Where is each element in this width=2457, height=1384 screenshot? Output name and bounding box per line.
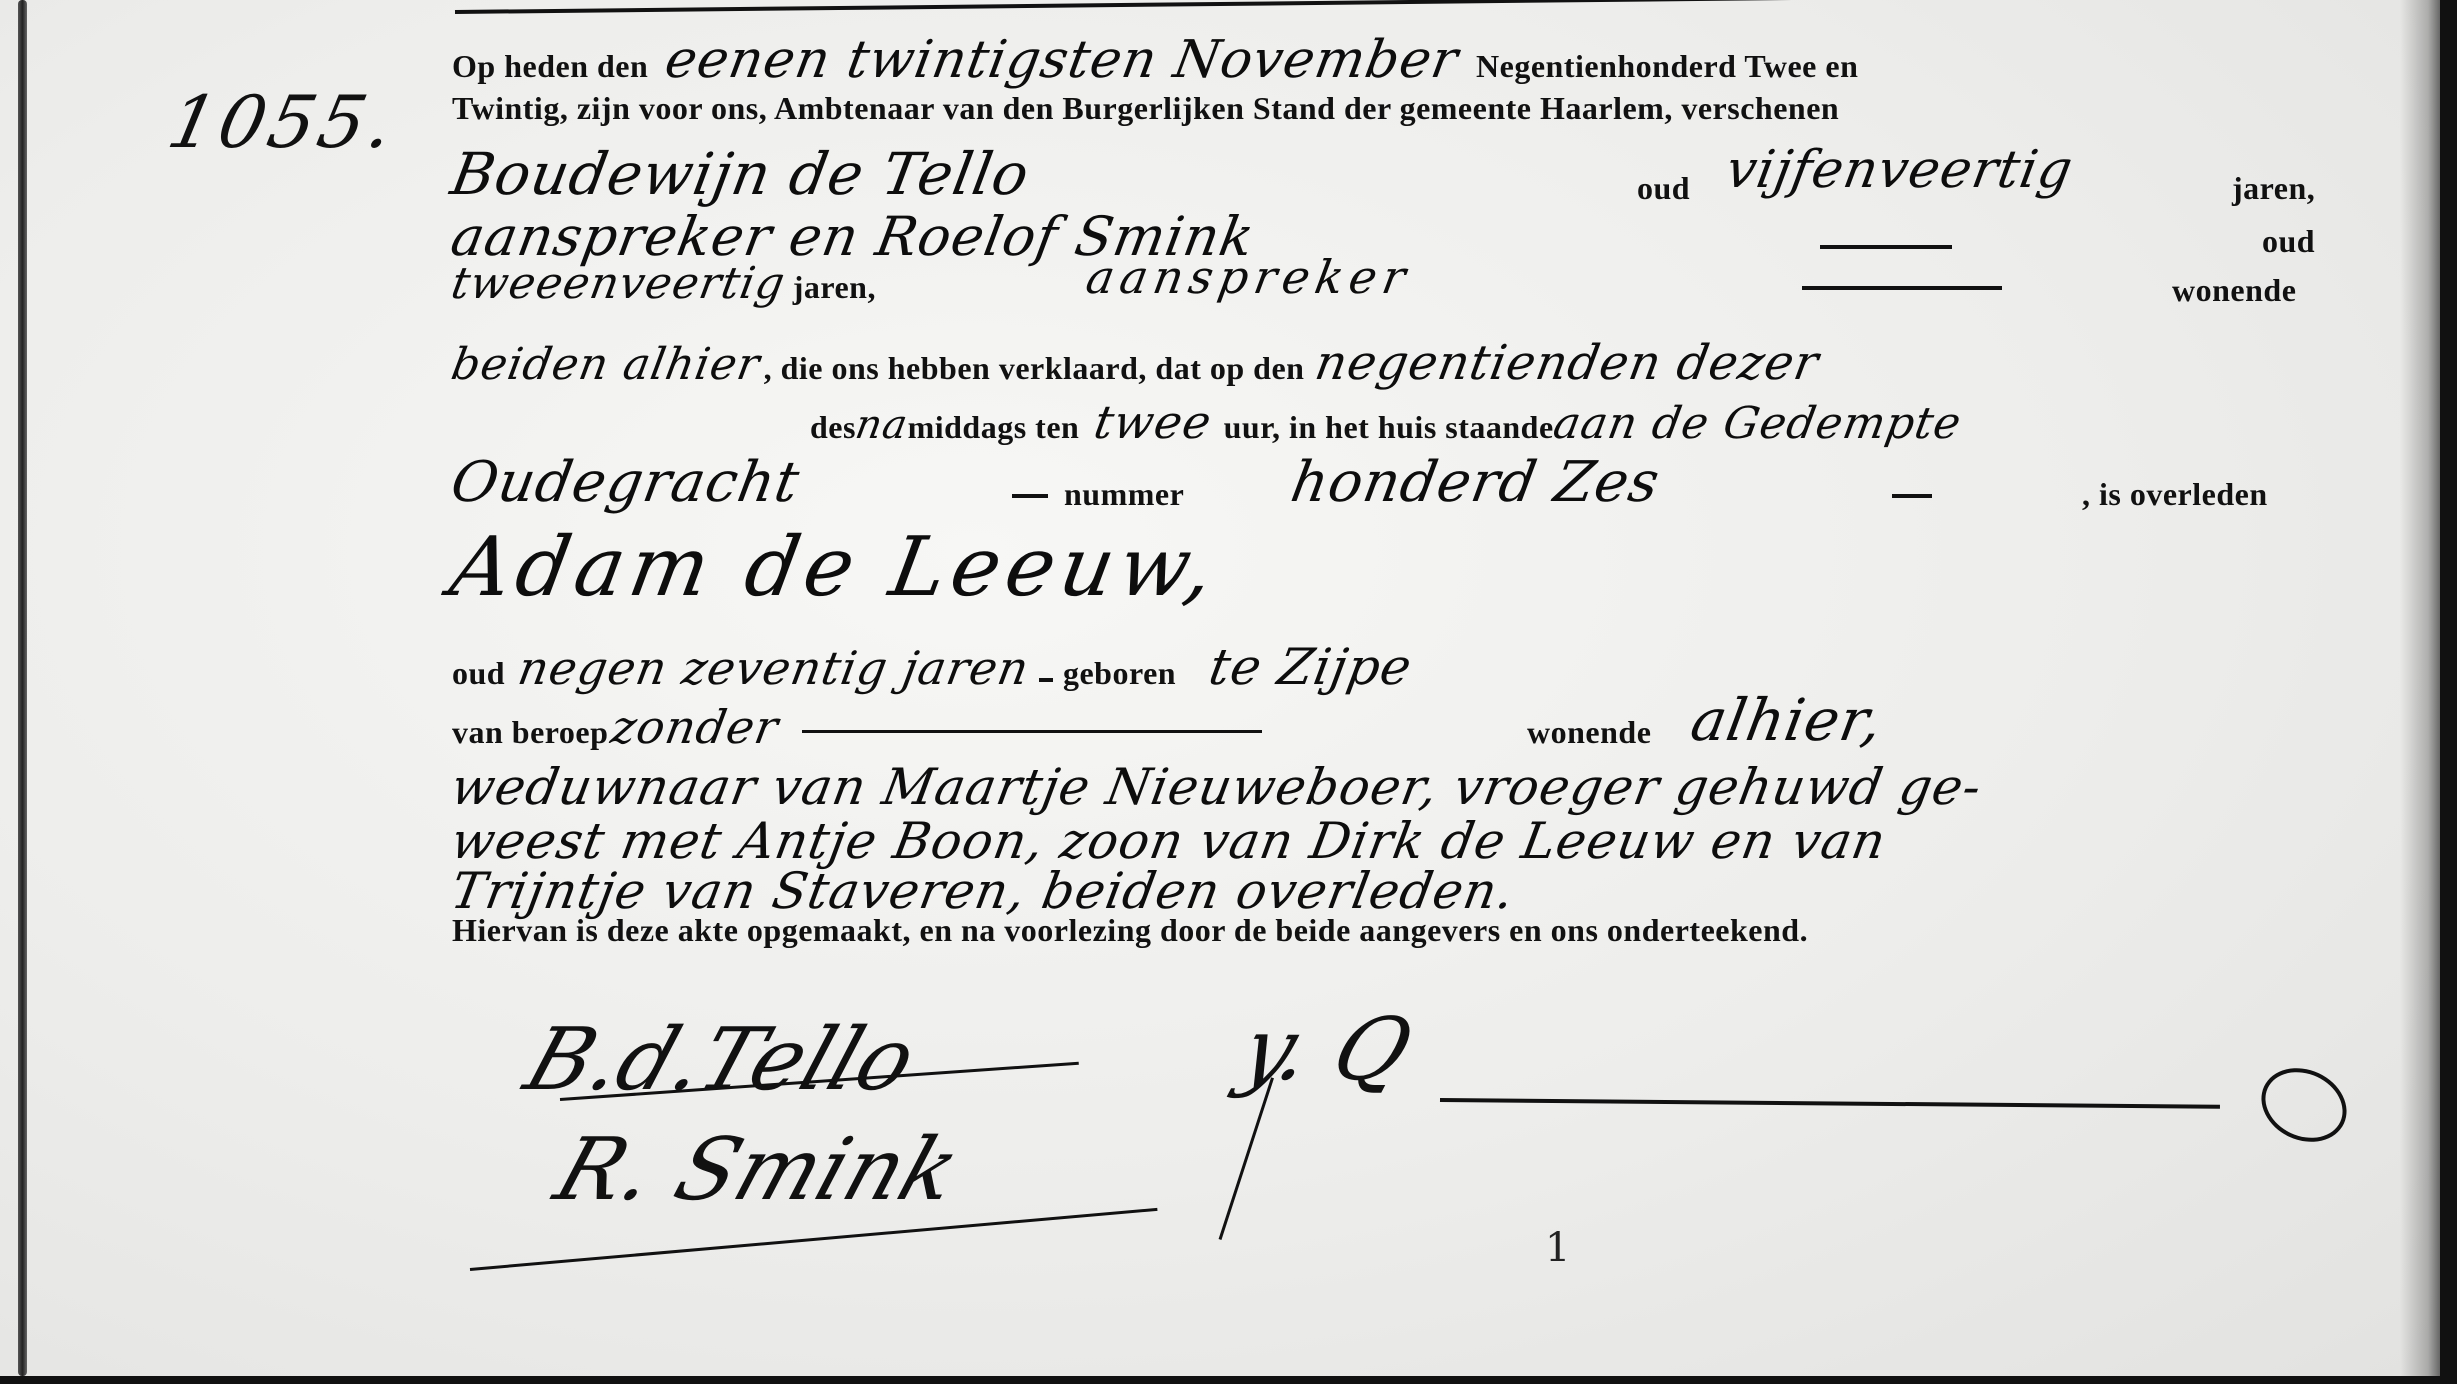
blank-dash xyxy=(1802,286,2002,290)
signature-flourish-loop xyxy=(2249,1055,2358,1156)
text-line-5: tweeenveertig jaren, aanspreker wonende xyxy=(452,258,2352,338)
printed-text: des xyxy=(810,409,856,445)
margin-mark: 1 xyxy=(1545,1225,1570,1271)
blank-dash xyxy=(1039,678,1053,682)
printed-closing-statement: Hiervan is deze akte opgemaakt, en na vo… xyxy=(452,912,1808,948)
printed-text: Op heden den xyxy=(452,48,648,84)
printed-text: oud xyxy=(2262,223,2315,260)
printed-text: van beroep xyxy=(452,714,608,750)
text-line-9: Adam de Leeuw, xyxy=(452,520,2352,630)
binding-spine xyxy=(18,0,27,1376)
handwritten-birthplace: te Zijpe xyxy=(1205,638,1417,696)
handwritten-deceased-age: negen zeventig jaren xyxy=(514,641,1033,695)
printed-text: oud xyxy=(452,655,505,691)
handwritten-death-date: negentienden dezer xyxy=(1312,335,1824,391)
handwritten-residence-deceased: alhier, xyxy=(1686,686,1888,754)
handwritten-declarant-1: Boudewijn de Tello xyxy=(446,140,1035,208)
printed-text: , die ons hebben verklaard, dat op den xyxy=(764,350,1305,386)
blank-dash xyxy=(1892,494,1932,498)
top-rule-line xyxy=(455,0,2340,14)
printed-text: oud xyxy=(1637,170,1690,207)
printed-text: wonende xyxy=(2172,272,2296,309)
handwritten-street: aan de Gedempte xyxy=(1549,398,1965,449)
handwritten-occupation-deceased: zonder xyxy=(608,700,784,754)
signature-registrar: y. Q xyxy=(1229,1000,1424,1100)
handwritten-deceased-name: Adam de Leeuw, xyxy=(444,520,1227,615)
blank-dash xyxy=(802,730,1262,733)
printed-text: uur, in het huis staande xyxy=(1224,409,1554,445)
blank-dash xyxy=(1012,494,1048,498)
printed-text: wonende xyxy=(1527,714,1651,751)
signature-declarant-1: B.d.Tello xyxy=(514,1010,928,1110)
printed-text: middags ten xyxy=(908,409,1080,445)
blank-dash xyxy=(1820,245,1952,249)
handwritten-house-number: honderd Zes xyxy=(1286,450,1665,515)
printed-text: Negentienhonderd Twee en xyxy=(1476,48,1858,84)
handwritten-residence: beiden alhier xyxy=(448,339,765,390)
page-edge-shadow xyxy=(2400,0,2440,1376)
printed-text: Twintig, zijn voor ons, Ambtenaar van de… xyxy=(452,90,1839,126)
signature-stroke xyxy=(1219,1077,1274,1240)
printed-text: nummer xyxy=(1064,476,1184,513)
handwritten-date: eenen twintigsten November xyxy=(661,30,1463,90)
handwritten-hour: twee xyxy=(1091,395,1217,449)
handwritten-age-1: vijfenveertig xyxy=(1722,140,2078,200)
handwritten-time-prefix: na xyxy=(852,402,912,448)
text-line-15: Hiervan is deze akte opgemaakt, en na vo… xyxy=(452,912,2352,992)
signature-declarant-2: R. Smink xyxy=(544,1120,971,1220)
handwritten-age-2: tweeenveertig xyxy=(448,258,790,309)
printed-text: jaren, xyxy=(793,269,876,305)
scanned-document-page: 1055. Op heden den eenen twintigsten Nov… xyxy=(0,0,2440,1376)
text-line-8: Oudegracht nummer honderd Zes , is overl… xyxy=(452,450,2352,530)
printed-text: jaren, xyxy=(2232,170,2315,207)
handwritten-spouse-info: weduwnaar van Maartje Nieuweboer, vroege… xyxy=(447,758,1986,816)
printed-text: geboren xyxy=(1063,655,1176,691)
record-number: 1055. xyxy=(161,80,405,164)
handwritten-street-name: Oudegracht xyxy=(446,450,804,515)
signature-flourish xyxy=(1440,1098,2220,1109)
handwritten-occupation: aanspreker xyxy=(1082,250,1415,304)
printed-text: , is overleden xyxy=(2082,476,2268,513)
